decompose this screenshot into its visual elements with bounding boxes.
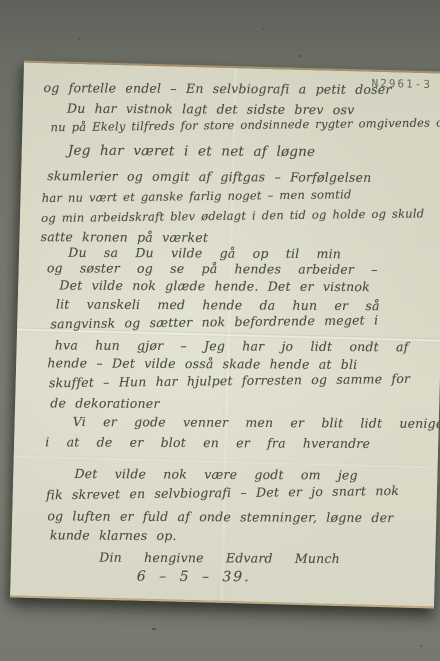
letter-paper: N2961-3 og fortelle endel – En selvbiogr… (10, 61, 440, 609)
handwritten-line: skumlerier og omgit af giftgas – Forfølg… (47, 168, 371, 185)
handwritten-line: og fortelle endel – En selvbiografi a pe… (44, 80, 392, 97)
handwritten-line: hende – Det vilde osså skade hende at bl… (47, 355, 357, 372)
handwritten-line: Du sa Du vilde gå op til min (68, 245, 341, 261)
handwritten-line: Du har vistnok lagt det sidste brev osv (67, 101, 354, 118)
handwritten-line: hva hun gjør – Jeg har jo lidt ondt af (55, 337, 409, 354)
handwritten-line: i at de er blot en er fra hverandre (45, 434, 370, 451)
handwritten-line: lit vanskeli med hende da hun er så (56, 296, 380, 313)
signature-line: Din hengivne Edvard Munch (99, 550, 340, 566)
dust-speck (152, 628, 156, 630)
handwritten-line: og min arbeidskraft blev ødelagt i den t… (41, 206, 424, 225)
handwritten-line: Jeg har været i et net af løgne (68, 143, 315, 160)
dust-speck (78, 38, 80, 40)
handwritten-line: satte kronen på værket (41, 229, 209, 245)
dust-speck (262, 28, 264, 30)
handwritten-line: har nu vært et ganske farlig noget – men… (42, 187, 352, 205)
handwritten-line: fik skrevet en selvbiografi – Det er jo … (46, 483, 399, 502)
handwritten-line: nu på Ekely tilfreds for store ondsinned… (51, 115, 440, 134)
handwritten-line: kunde klarnes op. (50, 527, 177, 543)
handwritten-line: de dekorationer (50, 395, 159, 411)
handwritten-line: og luften er fuld af onde stemninger, lø… (47, 508, 393, 525)
handwritten-line: sangvinsk og sætter nok befordrende mege… (50, 312, 378, 331)
date-line: 6 – 5 – 39. (137, 569, 251, 586)
handwritten-line: og søster og se på hendes arbeider – (47, 260, 378, 277)
handwritten-line: Det vilde nok glæde hende. Det er vistno… (59, 278, 370, 295)
dust-speck (298, 55, 301, 57)
dust-speck (420, 645, 422, 647)
scanned-letter-page: { "scan": { "background_color": "#75776e… (0, 0, 440, 661)
handwritten-line: Det vilde nok være godt om jeg (74, 466, 357, 482)
handwritten-line: skuffet – Hun har hjulpet forresten og s… (49, 371, 410, 390)
handwritten-line: Vi er gode venner men er blit lidt uenig… (73, 414, 440, 431)
